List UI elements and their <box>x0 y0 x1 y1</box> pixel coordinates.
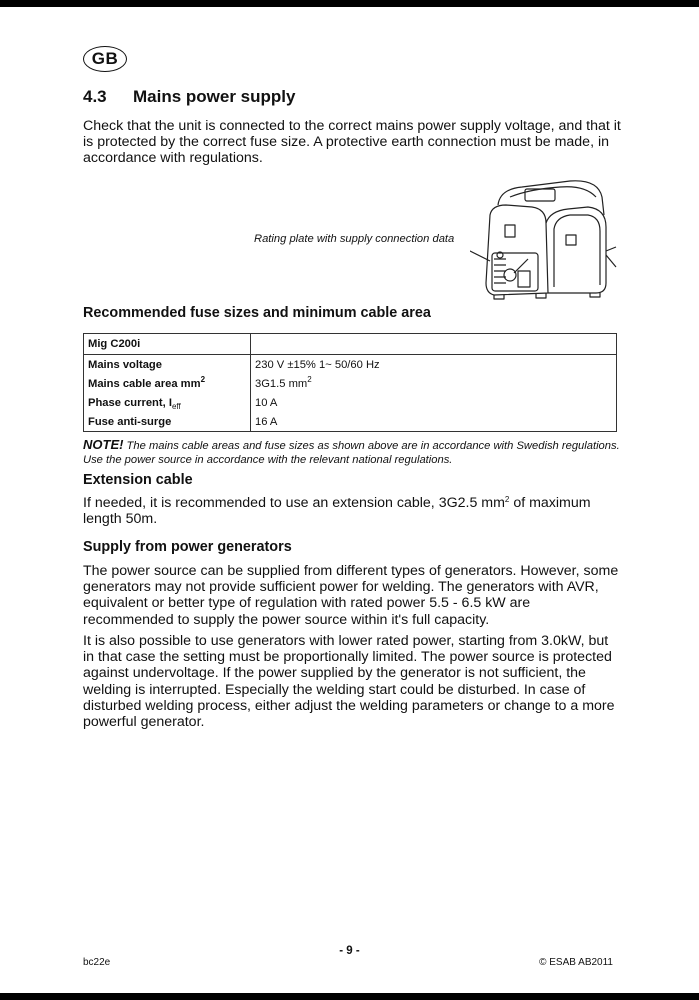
table-row: Mains voltage 230 V ±15% 1~ 50/60 Hz <box>84 355 617 375</box>
page-number: - 9 - <box>0 945 699 957</box>
country-badge: GB <box>83 46 127 72</box>
row-label-text: Phase current, I <box>88 397 172 409</box>
fuse-section-heading: Recommended fuse sizes and minimum cable… <box>83 305 431 321</box>
row-value-text: 16 A <box>255 416 277 428</box>
row-label: Phase current, Ieff <box>84 393 251 412</box>
intro-paragraph: Check that the unit is connected to the … <box>83 118 623 167</box>
note-label: NOTE! <box>83 437 123 452</box>
row-label: Mains cable area mm2 <box>84 374 251 393</box>
table-row: Fuse anti-surge 16 A <box>84 412 617 432</box>
extension-text: If needed, it is recommended to use an e… <box>83 495 505 511</box>
row-value: 16 A <box>251 412 617 432</box>
subscript: eff <box>172 402 181 411</box>
section-number: 4.3 <box>83 87 133 107</box>
generators-heading: Supply from power generators <box>83 539 292 555</box>
generators-paragraph-1: The power source can be supplied from di… <box>83 563 623 628</box>
superscript: 2 <box>307 375 311 384</box>
row-label: Fuse anti-surge <box>84 412 251 432</box>
copyright: © ESAB AB2011 <box>539 957 613 968</box>
row-value-text: 10 A <box>255 397 277 409</box>
row-label-text: Fuse anti-surge <box>88 416 171 428</box>
model-value-cell <box>251 334 617 355</box>
section-title: 4.3Mains power supply <box>83 87 295 107</box>
extension-cable-heading: Extension cable <box>83 472 193 488</box>
note-block: NOTE! The mains cable areas and fuse siz… <box>83 438 623 467</box>
row-label-text: Mains voltage <box>88 359 162 371</box>
row-value: 230 V ±15% 1~ 50/60 Hz <box>251 355 617 375</box>
figure-caption: Rating plate with supply connection data <box>254 233 454 245</box>
row-label-text: Mains cable area mm <box>88 378 201 390</box>
row-label: Mains voltage <box>84 355 251 375</box>
row-value-text: 3G1.5 mm <box>255 378 307 390</box>
document-code: bc22e <box>83 957 110 968</box>
extension-cable-paragraph: If needed, it is recommended to use an e… <box>83 495 623 527</box>
generators-paragraph-2: It is also possible to use generators wi… <box>83 633 623 730</box>
row-value: 3G1.5 mm2 <box>251 374 617 393</box>
section-title-text: Mains power supply <box>133 87 295 106</box>
table-row: Phase current, Ieff 10 A <box>84 393 617 412</box>
table-row: Mains cable area mm2 3G1.5 mm2 <box>84 374 617 393</box>
superscript: 2 <box>201 375 205 384</box>
fuse-spec-table: Mig C200i Mains voltage 230 V ±15% 1~ 50… <box>83 333 617 432</box>
row-value: 10 A <box>251 393 617 412</box>
table-header-row: Mig C200i <box>84 334 617 355</box>
document-page: GB 4.3Mains power supply Check that the … <box>0 7 699 993</box>
row-value-text: 230 V ±15% 1~ 50/60 Hz <box>255 359 380 371</box>
model-cell: Mig C200i <box>84 334 251 355</box>
welding-machine-illustration-icon <box>470 175 620 301</box>
note-text: The mains cable areas and fuse sizes as … <box>83 440 620 466</box>
